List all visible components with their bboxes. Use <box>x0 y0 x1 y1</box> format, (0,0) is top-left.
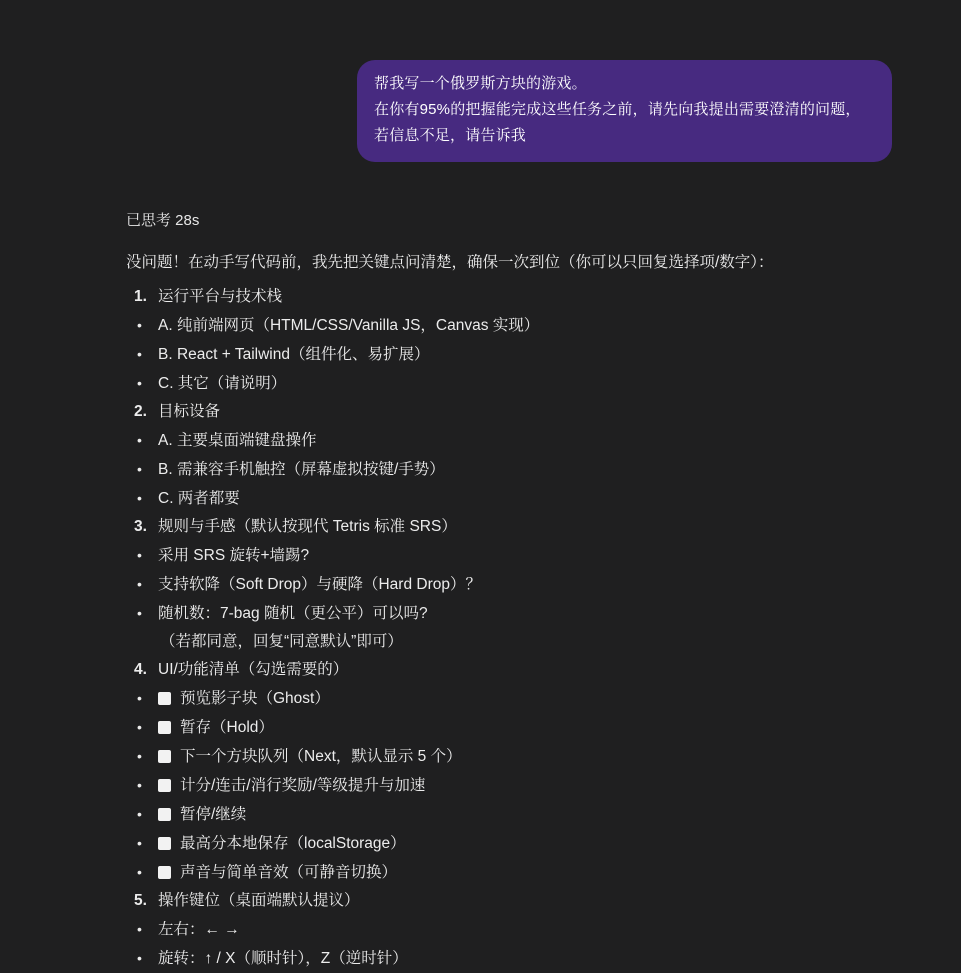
list-item-text: 随机数：7-bag 随机（更公平）可以吗? <box>158 600 428 628</box>
bullet-icon: • <box>126 311 158 339</box>
list-item: •C. 两者都要 <box>126 484 892 513</box>
checkbox-icon <box>158 866 171 879</box>
bullet-icon: • <box>126 484 158 512</box>
list-item-text: 下一个方块队列（Next，默认显示 5 个） <box>180 743 462 771</box>
list-item-text: （若都同意，回复“同意默认”即可） <box>160 628 403 656</box>
list-item-text: 采用 SRS 旋转+墙踢? <box>158 542 309 570</box>
list-item: 2.目标设备 <box>126 398 892 426</box>
list-item-text: 预览影子块（Ghost） <box>180 685 330 713</box>
list-item-text: 计分/连击/消行奖励/等级提升与加速 <box>180 772 425 800</box>
user-message-bubble: 帮我写一个俄罗斯方块的游戏。 在你有95%的把握能完成这些任务之前，请先向我提出… <box>357 60 892 162</box>
list-item: 3.规则与手感（默认按现代 Tetris 标准 SRS） <box>126 513 892 541</box>
bullet-icon: • <box>126 829 158 857</box>
user-message-row: 帮我写一个俄罗斯方块的游戏。 在你有95%的把握能完成这些任务之前，请先向我提出… <box>126 60 892 162</box>
bullet-icon: • <box>126 599 158 627</box>
clarification-list: 1.运行平台与技术栈•A. 纯前端网页（HTML/CSS/Vanilla JS，… <box>126 283 892 920</box>
bullet-icon: • <box>126 771 158 799</box>
list-item-text: B. React + Tailwind（组件化、易扩展） <box>158 341 429 369</box>
list-item-text: 声音与简单音效（可静音切换） <box>180 859 397 887</box>
list-item-text: A. 主要桌面端键盘操作 <box>158 427 316 455</box>
list-item: •声音与简单音效（可静音切换） <box>126 858 892 887</box>
list-item-text: 运行平台与技术栈 <box>158 283 282 311</box>
list-item-text: 暂存（Hold） <box>180 714 274 742</box>
list-item-text: C. 两者都要 <box>158 485 240 513</box>
list-item-text: C. 其它（请说明） <box>158 370 286 398</box>
list-item: 4.UI/功能清单（勾选需要的） <box>126 656 892 684</box>
list-item: •A. 主要桌面端键盘操作 <box>126 426 892 455</box>
list-item: 1.运行平台与技术栈 <box>126 283 892 311</box>
bullet-icon: • <box>126 800 158 828</box>
bullet-icon: • <box>126 541 158 569</box>
list-number: 3. <box>126 513 158 541</box>
bullet-icon: • <box>126 455 158 483</box>
list-number: 4. <box>126 656 158 684</box>
list-item: •A. 纯前端网页（HTML/CSS/Vanilla JS，Canvas 实现） <box>126 311 892 340</box>
list-item: •左右：← → <box>126 915 892 920</box>
bullet-icon: • <box>126 426 158 454</box>
list-item-text: 最高分本地保存（localStorage） <box>180 830 406 858</box>
list-item: •B. 需兼容手机触控（屏幕虚拟按键/手势） <box>126 455 892 484</box>
list-item: •暂停/继续 <box>126 800 892 829</box>
list-item-text: 支持软降（Soft Drop）与硬降（Hard Drop）？ <box>158 571 481 599</box>
list-item-text: 规则与手感（默认按现代 Tetris 标准 SRS） <box>158 513 457 541</box>
bullet-icon: • <box>126 742 158 770</box>
list-number: 1. <box>126 283 158 311</box>
list-item: 5.操作键位（桌面端默认提议） <box>126 887 892 915</box>
bullet-icon: • <box>126 713 158 741</box>
list-number: 2. <box>126 398 158 426</box>
list-item: •计分/连击/消行奖励/等级提升与加速 <box>126 771 892 800</box>
bullet-icon: • <box>126 570 158 598</box>
bullet-icon: • <box>126 684 158 712</box>
list-item: •B. React + Tailwind（组件化、易扩展） <box>126 340 892 369</box>
bullet-icon: • <box>126 369 158 397</box>
list-item-text: 左右：← → <box>158 916 240 920</box>
list-number: 5. <box>126 887 158 915</box>
list-item-text: 暂停/继续 <box>180 801 246 829</box>
list-item: •随机数：7-bag 随机（更公平）可以吗? <box>126 599 892 628</box>
list-item: •预览影子块（Ghost） <box>126 684 892 713</box>
list-item-text: UI/功能清单（勾选需要的） <box>158 656 348 684</box>
checkbox-icon <box>158 721 171 734</box>
list-item: •支持软降（Soft Drop）与硬降（Hard Drop）？ <box>126 570 892 599</box>
checkbox-icon <box>158 779 171 792</box>
checkbox-icon <box>158 692 171 705</box>
chat-thread: 帮我写一个俄罗斯方块的游戏。 在你有95%的把握能完成这些任务之前，请先向我提出… <box>126 0 892 920</box>
list-item: •采用 SRS 旋转+墙踢? <box>126 541 892 570</box>
list-item-text: A. 纯前端网页（HTML/CSS/Vanilla JS，Canvas 实现） <box>158 312 539 340</box>
checkbox-icon <box>158 837 171 850</box>
list-item: •下一个方块队列（Next，默认显示 5 个） <box>126 742 892 771</box>
bullet-icon: • <box>126 915 158 920</box>
checkbox-icon <box>158 808 171 821</box>
list-item: •最高分本地保存（localStorage） <box>126 829 892 858</box>
list-item: •C. 其它（请说明） <box>126 369 892 398</box>
list-item-text: 目标设备 <box>158 398 220 426</box>
list-item: （若都同意，回复“同意默认”即可） <box>126 628 892 656</box>
thought-duration-toggle[interactable]: 已思考 28s <box>126 212 199 230</box>
bullet-icon: • <box>126 858 158 886</box>
assistant-intro-text: 没问题！在动手写代码前，我先把关键点问清楚，确保一次到位（你可以只回复选择项/数… <box>126 253 892 273</box>
list-item: •暂存（Hold） <box>126 713 892 742</box>
bullet-icon: • <box>126 340 158 368</box>
list-item-text: B. 需兼容手机触控（屏幕虚拟按键/手势） <box>158 456 445 484</box>
checkbox-icon <box>158 750 171 763</box>
list-item-text: 操作键位（桌面端默认提议） <box>158 887 360 915</box>
